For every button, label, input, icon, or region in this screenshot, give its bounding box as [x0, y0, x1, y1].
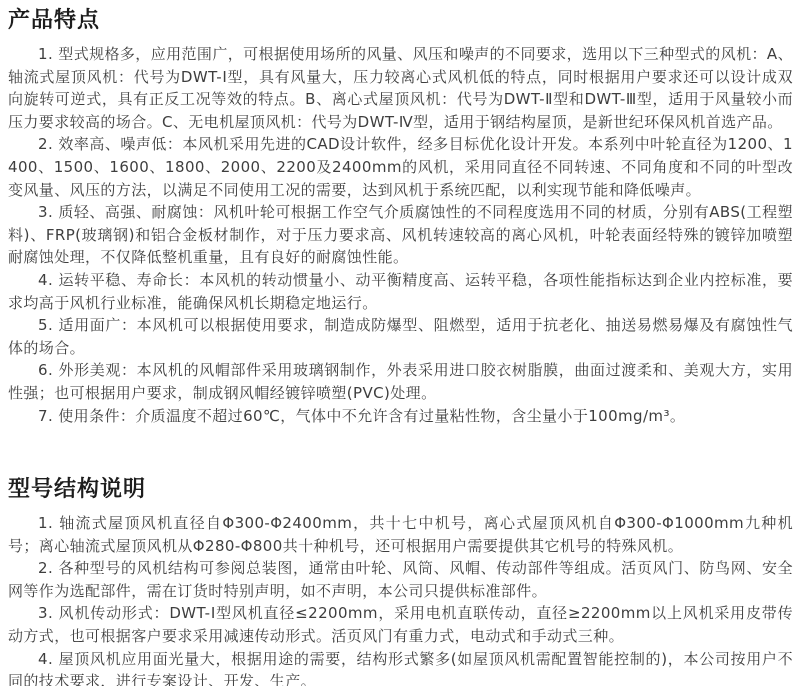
feature-item-6: 6. 外形美观：本风机的风帽部件采用玻璃钢制作，外表采用进口胶衣树脂膜，曲面过渡…	[8, 359, 793, 404]
model-structure-heading: 型号结构说明	[8, 477, 793, 503]
model-note-item-3: 3. 风机传动形式：DWT-Ⅰ型风机直径≤2200mm，采用电机直联传动，直径≥…	[8, 602, 793, 647]
model-note-item-1: 1. 轴流式屋顶风机直径自Φ300-Φ2400mm，共十七中机号，离心式屋顶风机…	[8, 512, 793, 557]
feature-item-3: 3. 质轻、高强、耐腐蚀：风机叶轮可根据工作空气介质腐蚀性的不同程度选用不同的材…	[8, 201, 793, 269]
feature-item-5: 5. 适用面广：本风机可以根据使用要求，制造成防爆型、阻燃型，适用于抗老化、抽送…	[8, 314, 793, 359]
product-features-heading: 产品特点	[8, 8, 793, 34]
feature-item-1: 1. 型式规格多，应用范围广，可根据使用场所的风量、风压和噪声的不同要求，选用以…	[8, 43, 793, 133]
feature-item-4: 4. 运转平稳、寿命长：本风机的转动惯量小、动平衡精度高、运转平稳，各项性能指标…	[8, 269, 793, 314]
section-product-features: 产品特点 1. 型式规格多，应用范围广，可根据使用场所的风量、风压和噪声的不同要…	[8, 8, 793, 427]
section-model-structure: 型号结构说明 1. 轴流式屋顶风机直径自Φ300-Φ2400mm，共十七中机号，…	[8, 477, 793, 686]
feature-item-7: 7. 使用条件：介质温度不超过60℃，气体中不允许含有过量粘性物，含尘量小于10…	[8, 405, 793, 428]
document-page: 产品特点 1. 型式规格多，应用范围广，可根据使用场所的风量、风压和噪声的不同要…	[0, 0, 800, 686]
feature-item-2: 2. 效率高、噪声低：本风机采用先进的CAD设计软件，经多目标优化设计开发。本系…	[8, 133, 793, 201]
model-note-item-4: 4. 屋顶风机应用面光量大，根据用途的需要，结构形式繁多(如屋顶风机需配置智能控…	[8, 648, 793, 686]
model-note-item-2: 2. 各种型号的风机结构可参阅总装图，通常由叶轮、风筒、风帽、传动部件等组成。活…	[8, 557, 793, 602]
